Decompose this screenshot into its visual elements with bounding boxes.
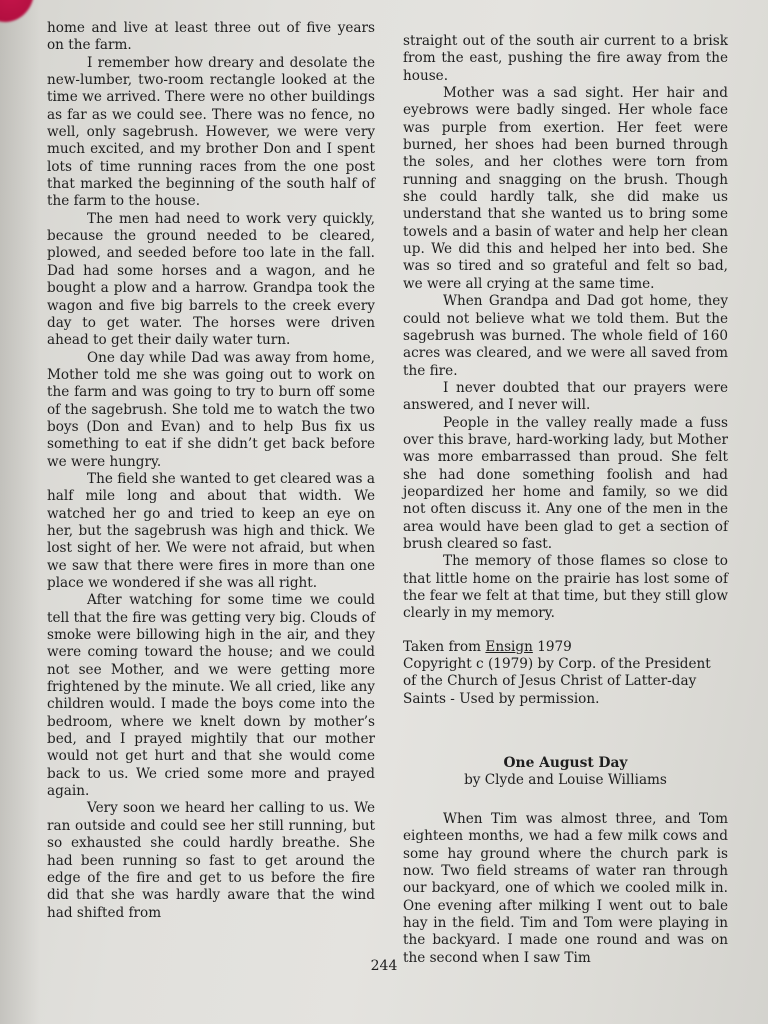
source-credit: Taken from Ensign 1979 Copyright c (1979… xyxy=(403,639,728,708)
paragraph: Very soon we heard her calling to us. We… xyxy=(47,800,375,921)
story-body: When Tim was almost three, and Tom eight… xyxy=(403,811,728,967)
paragraph: The memory of those flames so close to t… xyxy=(403,553,728,622)
taken-from-line: Taken from Ensign 1979 xyxy=(403,639,728,656)
publication-name: Ensign xyxy=(485,639,532,655)
story-byline: by Clyde and Louise Williams xyxy=(403,772,728,789)
paragraph: The field she wanted to get cleared was … xyxy=(47,471,375,592)
paragraph: home and live at least three out of five… xyxy=(47,20,375,55)
thumb-in-frame xyxy=(0,0,34,22)
paragraph: One day while Dad was away from home, Mo… xyxy=(47,350,375,471)
paragraph: People in the valley really made a fuss … xyxy=(403,415,728,554)
right-column: straight out of the south air current to… xyxy=(403,33,728,967)
paragraph: When Grandpa and Dad got home, they coul… xyxy=(403,293,728,380)
paragraph: When Tim was almost three, and Tom eight… xyxy=(403,811,728,967)
page-number: 244 xyxy=(0,958,768,974)
paragraph: straight out of the south air current to… xyxy=(403,33,728,85)
copyright-notice: Copyright c (1979) by Corp. of the Presi… xyxy=(403,656,728,708)
paragraph: Mother was a sad sight. Her hair and eye… xyxy=(403,85,728,293)
paragraph: The men had need to work very quickly, b… xyxy=(47,211,375,350)
story-heading: One August Day by Clyde and Louise Willi… xyxy=(403,755,728,789)
taken-from-prefix: Taken from xyxy=(403,639,485,655)
left-column: home and live at least three out of five… xyxy=(47,20,375,922)
page-gutter-shadow xyxy=(0,0,40,1024)
paragraph: I remember how dreary and desolate the n… xyxy=(47,55,375,211)
publication-year: 1979 xyxy=(533,639,572,655)
paragraph: After watching for some time we could te… xyxy=(47,592,375,800)
paragraph: I never doubted that our prayers were an… xyxy=(403,380,728,415)
story-title: One August Day xyxy=(403,755,728,772)
